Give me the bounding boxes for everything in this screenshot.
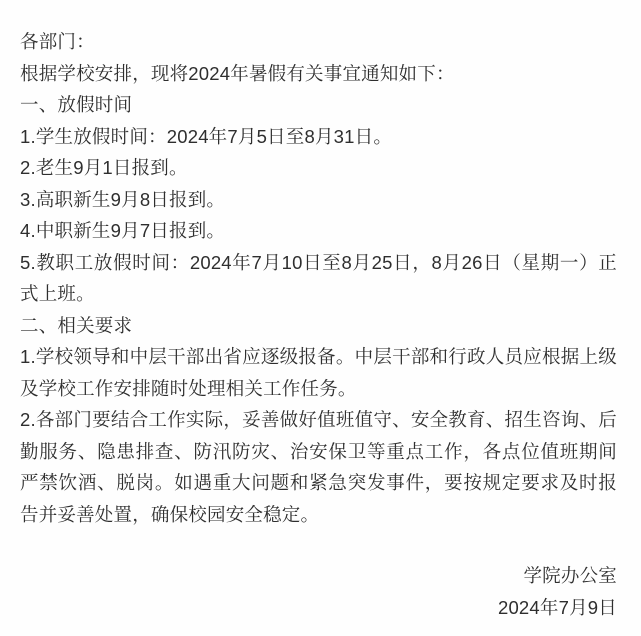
notice-body: 各部门： 根据学校安排，现将2024年暑假有关事宜通知如下： 一、放假时间 1.… xyxy=(0,0,641,623)
section-1-item-5: 5.教职工放假时间：2024年7月10日至8月25日，8月26日（星期一）正式上… xyxy=(20,247,617,310)
signature-office: 学院办公室 xyxy=(20,560,617,592)
section-2-item-2: 2.各部门要结合工作实际，妥善做好值班值守、安全教育、招生咨询、后勤服务、隐患排… xyxy=(20,404,617,530)
notice-document: 各部门： 根据学校安排，现将2024年暑假有关事宜通知如下： 一、放假时间 1.… xyxy=(0,0,641,636)
signature-date: 2024年7月9日 xyxy=(20,592,617,624)
section-1-heading: 一、放假时间 xyxy=(20,89,617,121)
section-2-heading: 二、相关要求 xyxy=(20,310,617,342)
section-1-item-4: 4.中职新生9月7日报到。 xyxy=(20,215,617,247)
section-2-item-1: 1.学校领导和中层干部出省应逐级报备。中层干部和行政人员应根据上级及学校工作安排… xyxy=(20,341,617,404)
signature-block: 学院办公室 2024年7月9日 xyxy=(20,560,617,623)
section-1-item-3: 3.高职新生9月8日报到。 xyxy=(20,184,617,216)
section-1-item-1: 1.学生放假时间：2024年7月5日至8月31日。 xyxy=(20,121,617,153)
salutation: 各部门： xyxy=(20,26,617,58)
section-1-item-2: 2.老生9月1日报到。 xyxy=(20,152,617,184)
intro-line: 根据学校安排，现将2024年暑假有关事宜通知如下： xyxy=(20,58,617,90)
